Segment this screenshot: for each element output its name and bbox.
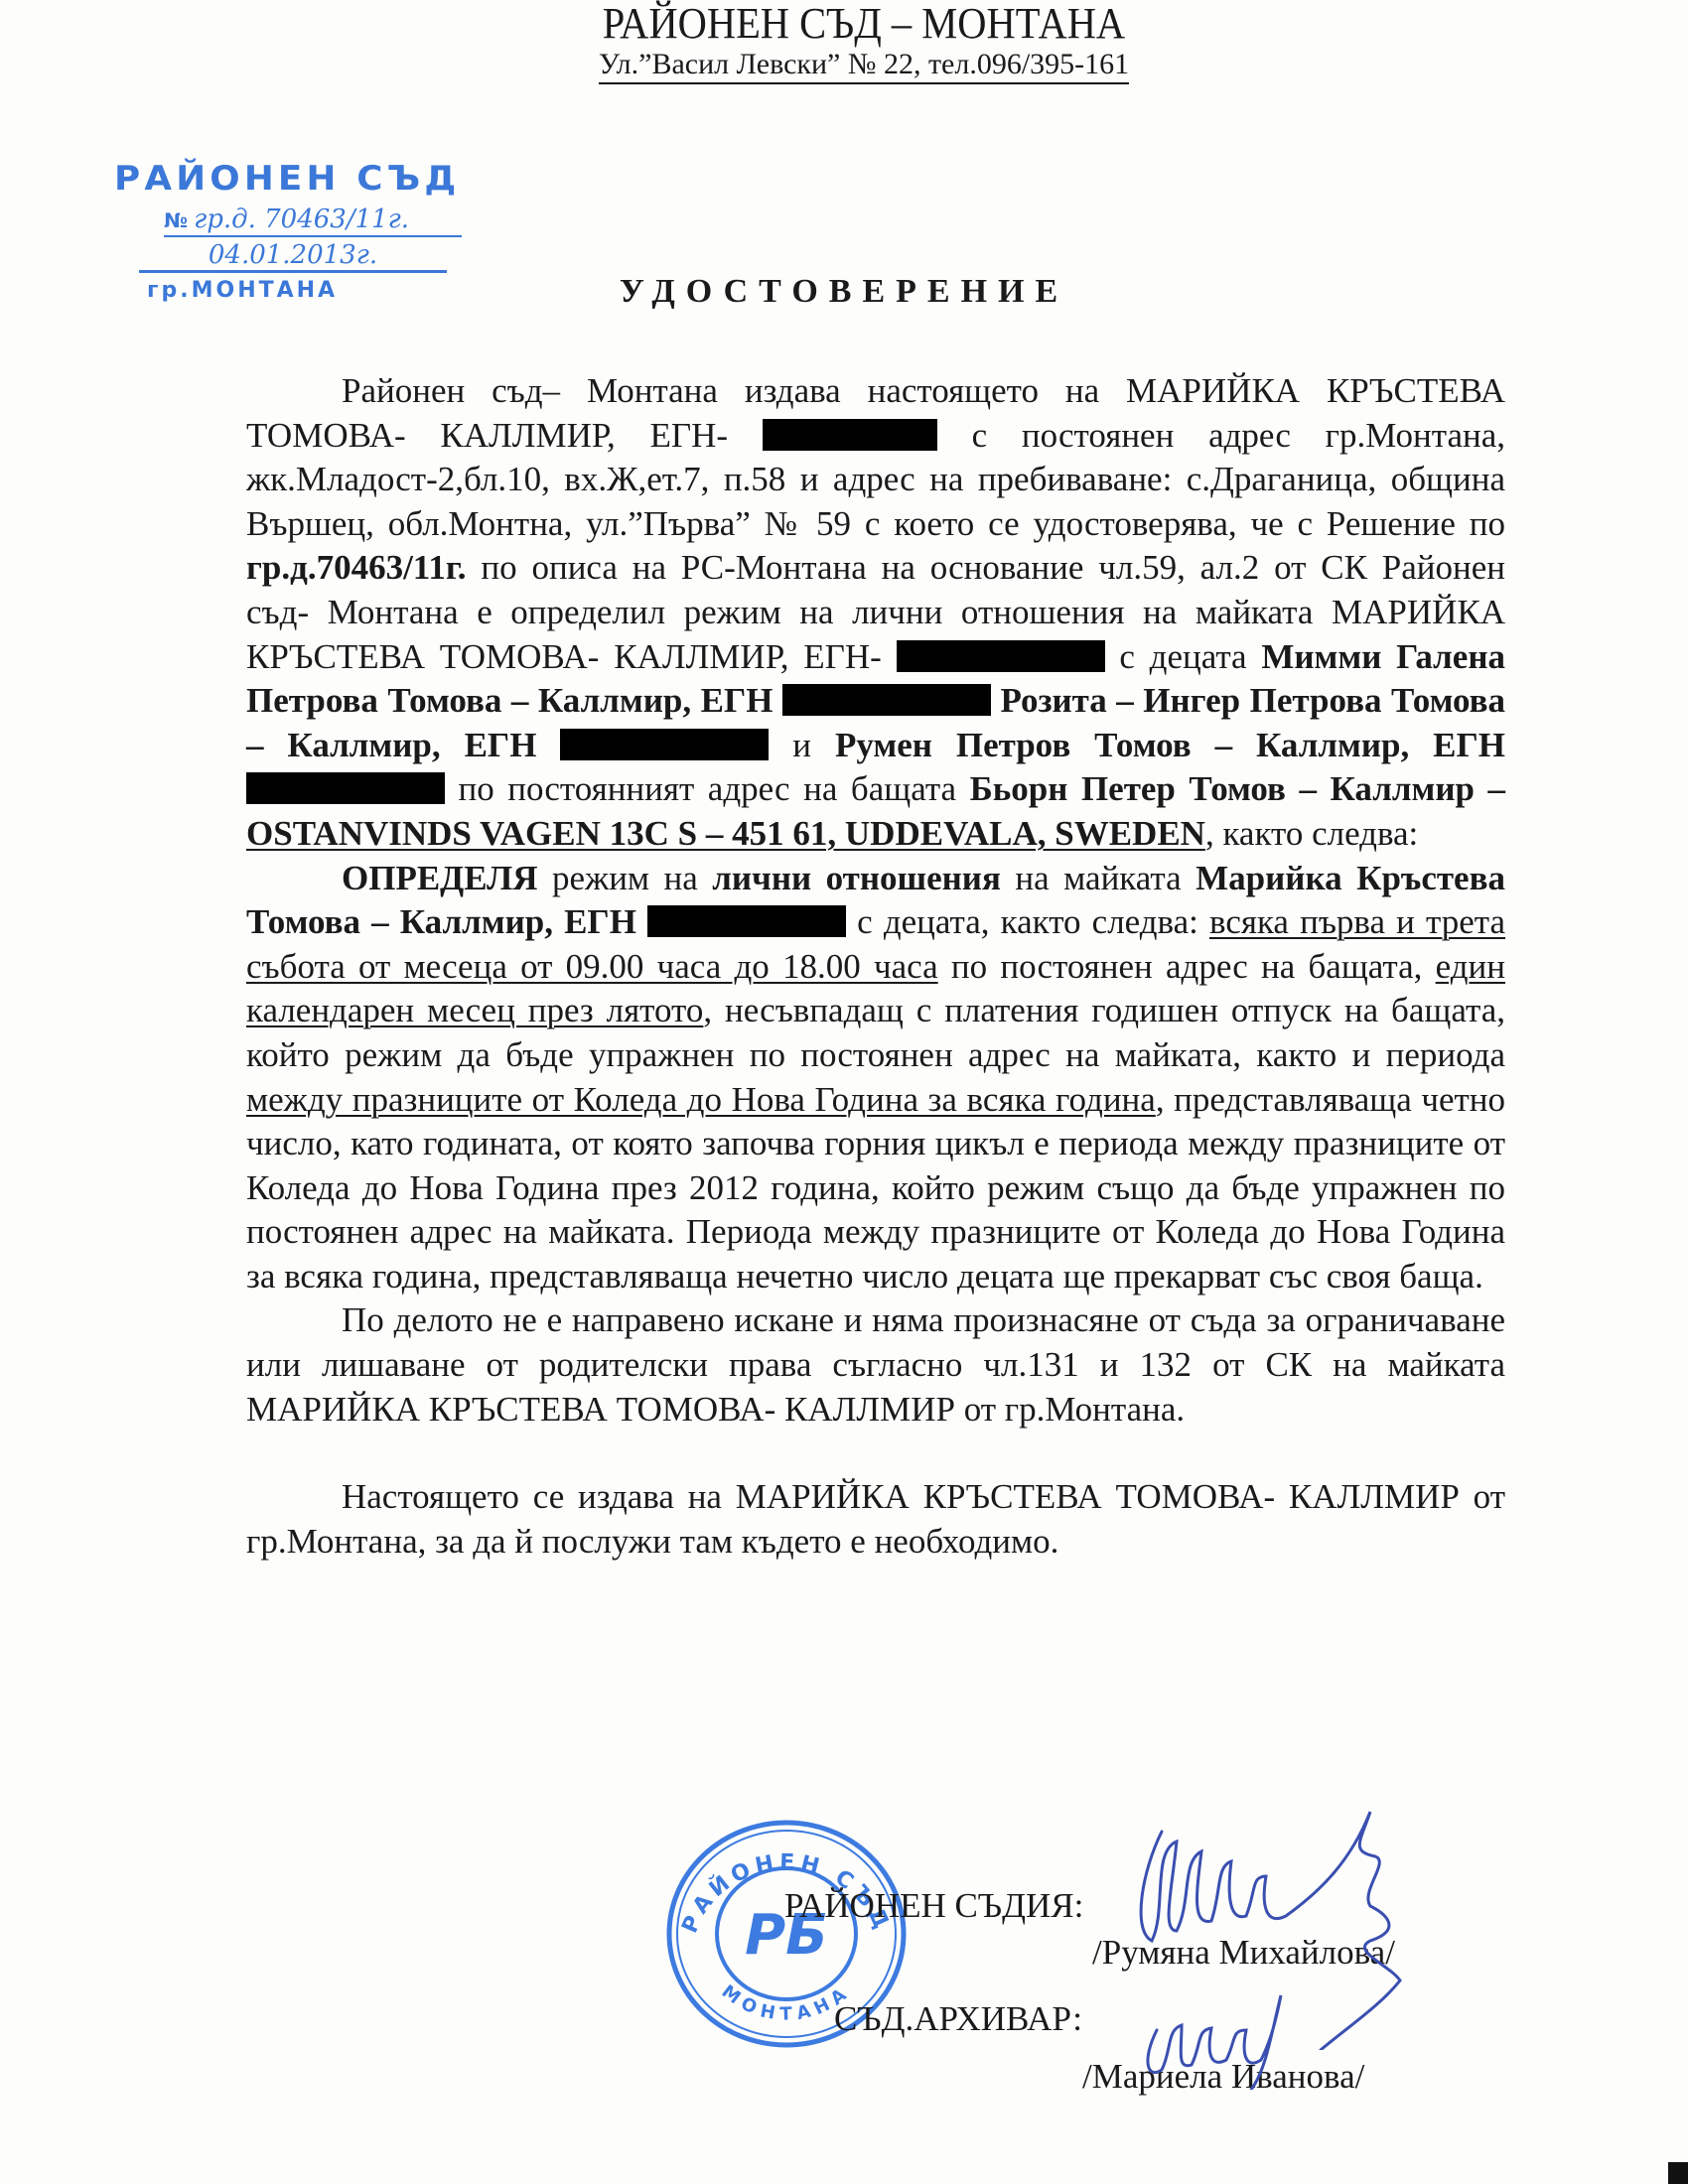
svg-text:МОНТАНА: МОНТАНА (718, 1981, 855, 2025)
text: по постоянен адрес на бащата, (938, 947, 1436, 986)
judge-name: /Румяна Михайлова/ (1092, 1933, 1395, 1973)
stamp-case-number: №гр.д. 70463/11г. (164, 205, 462, 237)
personal-relations: лични отношения (712, 859, 1001, 897)
text: с децата (1105, 637, 1262, 676)
father-address: OSTANVINDS VAGEN 13C S – 451 61, UDDEVAL… (246, 814, 1205, 853)
court-name-header: РАЙОНЕН СЪД – МОНТАНА (70, 0, 1659, 48)
stamp-number-prefix: № (164, 208, 188, 232)
text: по постоянният адрес на бащата (445, 769, 970, 808)
spacer (246, 1432, 1505, 1475)
paragraph-ruling: ОПРЕДЕЛЯ режим на лични отношения на май… (246, 857, 1505, 1299)
text: режим на (538, 859, 713, 897)
schedule-holidays: между празниците от Коледа до Нова Годин… (246, 1080, 1156, 1119)
text: с децата, както следва: (846, 902, 1209, 941)
svg-text:РБ: РБ (745, 1903, 828, 1968)
court-seal: РАЙОНЕН СЪД МОНТАНА РБ (663, 1817, 910, 2051)
stamp-date: 04.01.2013г. (139, 240, 447, 273)
case-reference: гр.д.70463/11г. (246, 548, 467, 587)
redacted-egn (647, 905, 846, 937)
paragraph-issuance: Районен съд– Монтана издава настоящето н… (246, 369, 1505, 857)
stamp-case-number-text: гр.д. 70463/11г. (194, 205, 409, 234)
child-name: Румен Петров Томов – Каллмир, ЕГН (835, 726, 1505, 764)
redacted-egn (560, 729, 769, 760)
redacted-egn (246, 772, 445, 804)
text: , както следва: (1205, 814, 1418, 853)
paragraph-purpose: Настоящето се издава на МАРИЙКА КРЪСТЕВА… (246, 1475, 1505, 1564)
court-address-text: Ул.”Васил Левски” № 22, тел.096/395-161 (599, 48, 1129, 84)
archivar-signature (1137, 1980, 1336, 2090)
redacted-egn (897, 640, 1105, 672)
document-title: УДОСТОВЕРЕНИЕ (0, 273, 1688, 311)
stamp-court-label: РАЙОНЕН СЪД (114, 159, 460, 199)
paragraph-parental-rights: По делото не е направено искане и няма п… (246, 1298, 1505, 1432)
redacted-egn (782, 684, 991, 716)
ruling-keyword: ОПРЕДЕЛЯ (342, 859, 538, 897)
father-name: Бьорн Петер Томов – Каллмир – (970, 769, 1505, 808)
document-body: Районен съд– Монтана издава настоящето н… (246, 369, 1505, 1564)
scan-edge (1668, 2162, 1688, 2184)
text: и (769, 726, 835, 764)
text: на майката (1001, 859, 1196, 897)
court-address: Ул.”Васил Левски” № 22, тел.096/395-161 (0, 48, 1688, 81)
redacted-egn (763, 419, 937, 451)
judge-signature (1122, 1792, 1460, 2050)
archivar-name: /Мариела Иванова/ (1082, 2057, 1364, 2097)
